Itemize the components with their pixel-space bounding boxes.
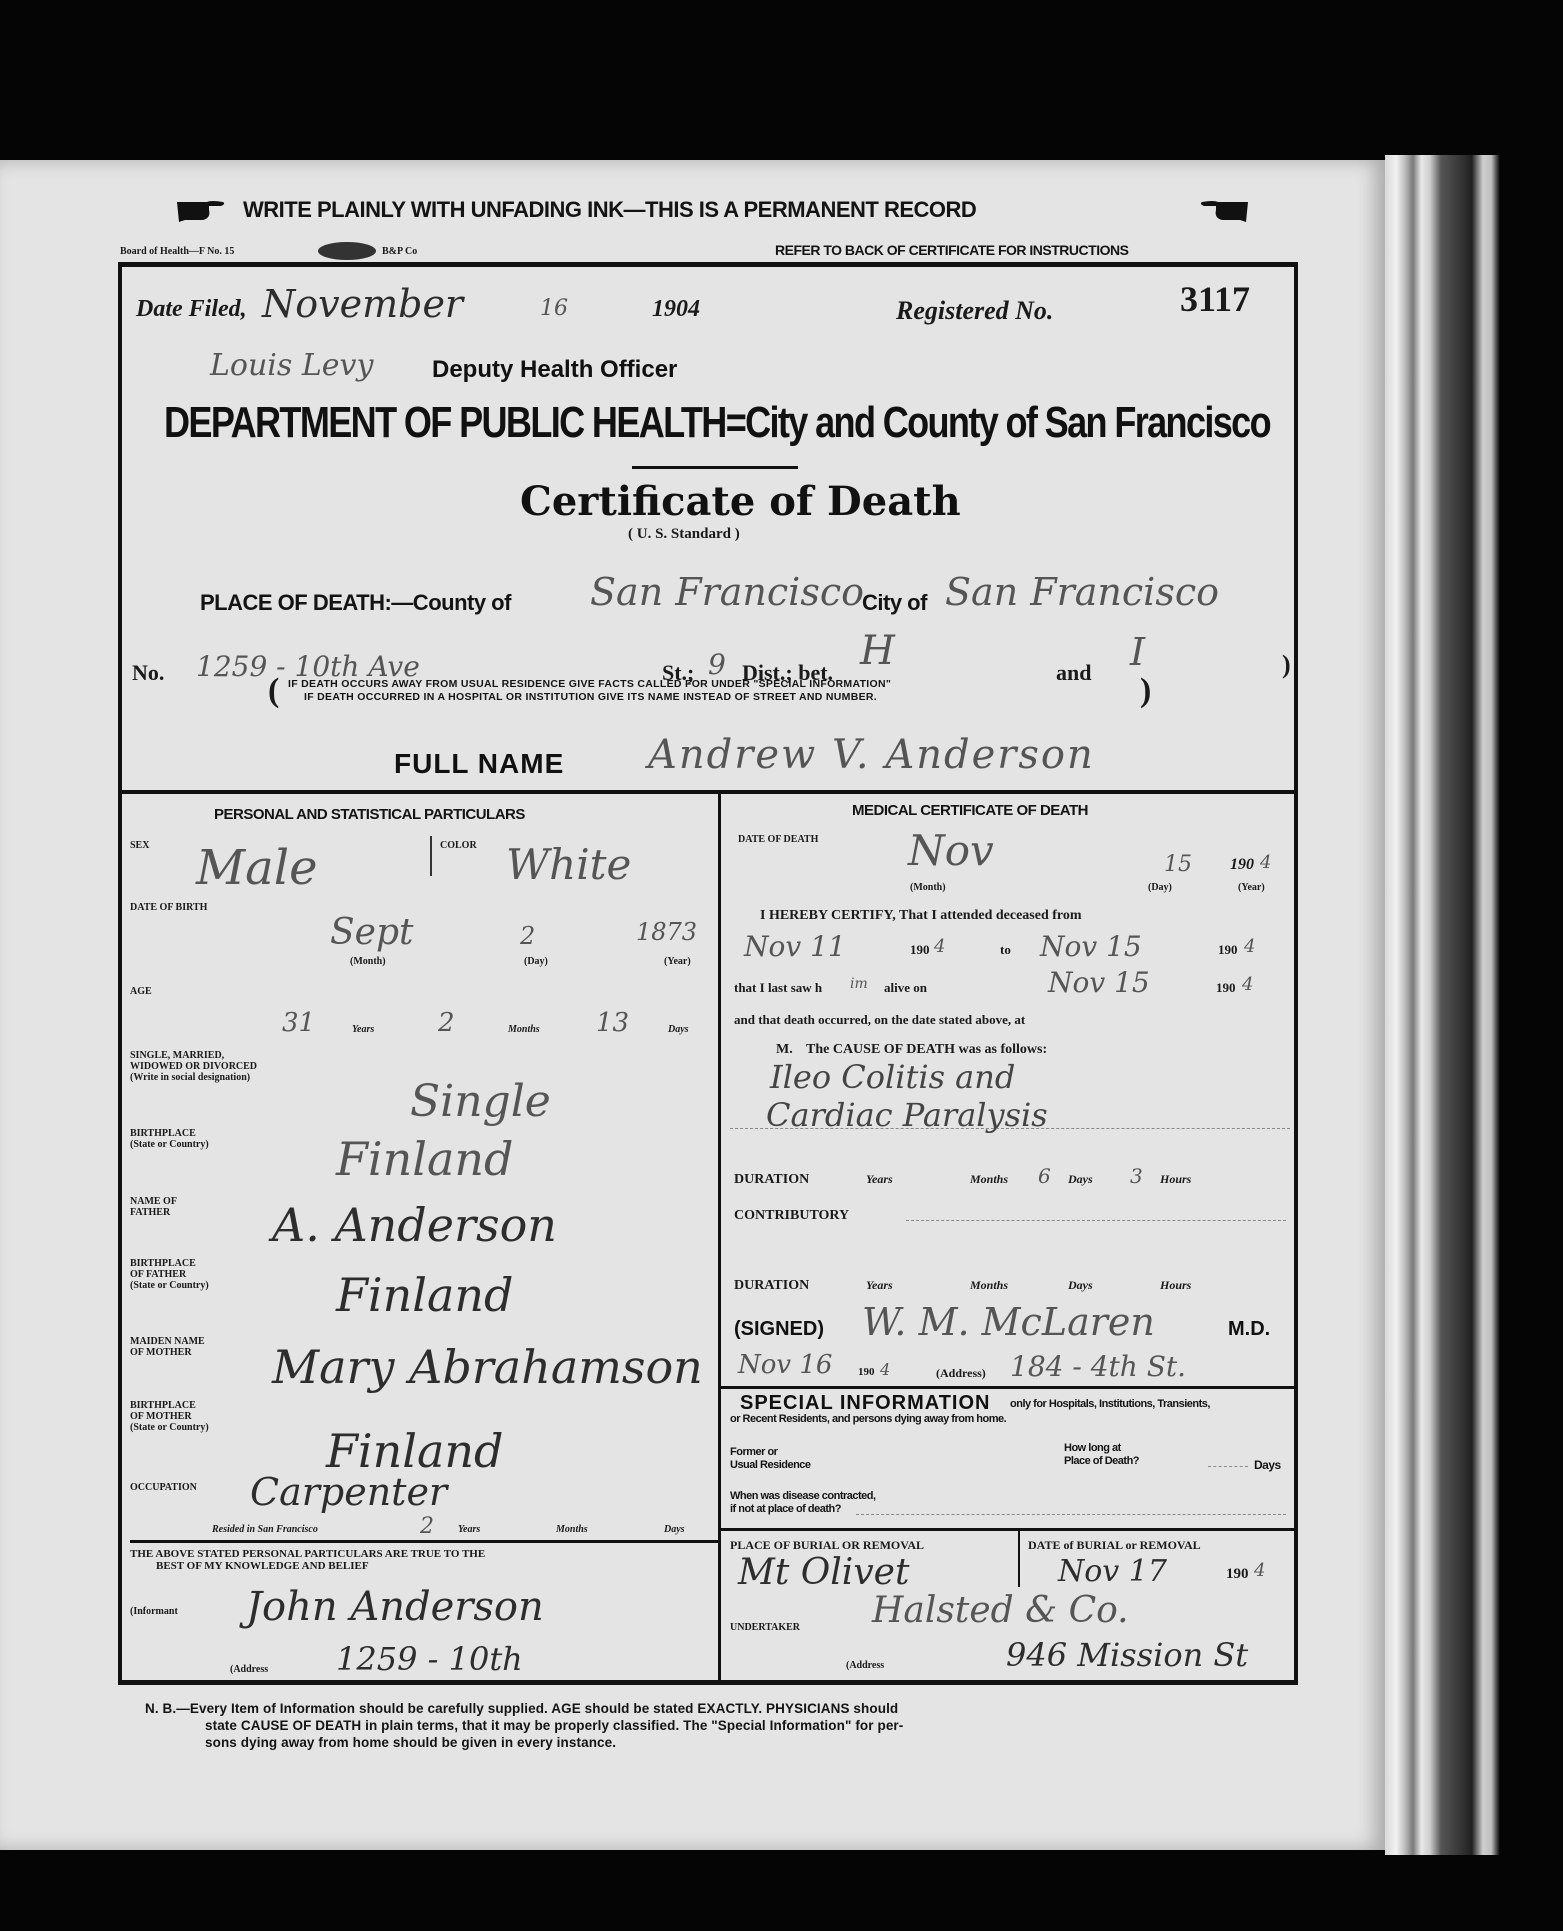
birthplace-label-line-1: BIRTHPLACE: [130, 1128, 209, 1139]
st-value: 9: [708, 648, 726, 681]
mother-name-value: Mary Abrahamson: [272, 1340, 703, 1394]
special-heading: SPECIAL INFORMATION: [740, 1392, 990, 1415]
informant-name: John Anderson: [246, 1584, 544, 1630]
full-name-value: Andrew V. Anderson: [648, 732, 1095, 778]
resided-years-label: Years: [458, 1524, 480, 1535]
father-birthplace-label: BIRTHPLACE OF FATHER (State or Country): [130, 1258, 209, 1291]
sex-color-divider: [430, 836, 432, 876]
section-divider: [122, 790, 1298, 794]
street-no-label: No.: [132, 660, 164, 686]
form-id: Board of Health—F No. 15: [120, 246, 234, 257]
how-long-label-line-2: Place of Death?: [1064, 1455, 1139, 1468]
place-note-line-1: IF DEATH OCCURS AWAY FROM USUAL RESIDENC…: [288, 678, 891, 690]
special-divider: [720, 1386, 1294, 1389]
contributory-line: [906, 1220, 1286, 1221]
date-filed-label: Date Filed,: [136, 296, 247, 323]
last-saw-year: 4: [1242, 974, 1253, 995]
sex-label: SEX: [130, 840, 149, 851]
resided-years: 2: [420, 1514, 434, 1539]
last-saw-label: that I last saw h: [734, 980, 822, 996]
signed-label: (SIGNED): [734, 1318, 824, 1341]
between-street-1: H: [860, 628, 895, 674]
dod-month-caption: (Month): [910, 882, 946, 893]
attended-to-year-prefix: 190: [1218, 942, 1238, 958]
signed-date: Nov 16: [738, 1350, 832, 1380]
date-filed-day: 16: [540, 296, 568, 321]
footnote-line-2: state CAUSE OF DEATH in plain terms, tha…: [145, 1717, 903, 1734]
left-border: [118, 262, 122, 1682]
informant-address-label: (Address: [230, 1664, 268, 1675]
attended-to: Nov 15: [1040, 930, 1142, 963]
mother-birthplace-label: BIRTHPLACE OF MOTHER (State or Country): [130, 1400, 209, 1433]
marital-value: Single: [410, 1076, 551, 1127]
note-close-paren: ): [1140, 672, 1151, 710]
officer-title: Deputy Health Officer: [432, 356, 677, 384]
father-label-line-2: FATHER: [130, 1207, 177, 1218]
last-saw-date: Nov 15: [1048, 966, 1150, 999]
occupation-value: Carpenter: [250, 1470, 447, 1514]
closing-paren: ): [1282, 650, 1291, 680]
duration-years-label-2: Years: [866, 1278, 893, 1293]
burial-date: Nov 17: [1058, 1554, 1167, 1589]
county-value: San Francisco: [590, 570, 864, 614]
pointing-hand-icon-right: [1198, 198, 1250, 229]
occupation-label: OCCUPATION: [130, 1482, 197, 1493]
former-label-line-2: Usual Residence: [730, 1459, 811, 1472]
registered-no-label: Registered No.: [896, 296, 1053, 326]
how-long-label: How long at Place of Death?: [1064, 1442, 1139, 1468]
informant-label: (Informant: [130, 1606, 178, 1617]
special-note-2: or Recent Residents, and persons dying a…: [730, 1413, 1006, 1425]
dod-month: Nov: [908, 826, 994, 875]
how-long-line: [1208, 1466, 1248, 1467]
contracted-label-line-2: if not at place of death?: [730, 1503, 876, 1516]
age-days-label: Days: [668, 1024, 689, 1035]
dob-year-caption: (Year): [664, 956, 691, 967]
duration-days-label-2: Days: [1068, 1278, 1093, 1293]
personal-heading: PERSONAL AND STATISTICAL PARTICULARS: [214, 806, 525, 823]
certificate-subtitle: ( U. S. Standard ): [628, 526, 740, 543]
attended-from-year: 4: [934, 936, 945, 957]
duration-hours-value: 3: [1130, 1164, 1143, 1188]
burial-place: Mt Olivet: [738, 1552, 909, 1593]
department-title: DEPARTMENT OF PUBLIC HEALTH=City and Cou…: [164, 398, 1270, 448]
signed-year: 4: [880, 1360, 890, 1379]
resided-months-label: Months: [556, 1524, 588, 1535]
burial-place-label: PLACE OF BURIAL OR REMOVAL: [730, 1538, 924, 1553]
father-bp-label-line-2: OF FATHER: [130, 1269, 209, 1280]
attended-to-year: 4: [1244, 936, 1255, 957]
physician-signature: W. M. McLaren: [862, 1300, 1155, 1344]
city-value: San Francisco: [945, 570, 1219, 614]
informant-address: 1259 - 10th: [336, 1640, 523, 1678]
attended-from-year-prefix: 190: [910, 942, 930, 958]
informant-statement: THE ABOVE STATED PERSONAL PARTICULARS AR…: [130, 1548, 485, 1572]
dob-day-caption: (Day): [524, 956, 548, 967]
undertaker-label: UNDERTAKER: [730, 1622, 800, 1633]
dob-year: 1873: [636, 918, 697, 946]
physician-address: 184 - 4th St.: [1010, 1350, 1186, 1383]
resided-days-label: Days: [664, 1524, 685, 1535]
duration-label-2: DURATION: [734, 1278, 809, 1294]
title-divider: [632, 466, 798, 469]
dod-label: DATE OF DEATH: [738, 834, 818, 845]
burial-column-divider: [1018, 1531, 1020, 1587]
physician-address-label: (Address): [936, 1366, 986, 1381]
dod-day: 15: [1164, 852, 1192, 877]
sex-value: Male: [196, 840, 318, 896]
registered-no: 3117: [1180, 278, 1250, 320]
last-saw-him: im: [850, 976, 868, 992]
printer-mark: B&P Co: [382, 246, 417, 257]
resided-label: Resided in San Francisco: [212, 1524, 318, 1535]
marital-label-line-2: WIDOWED OR DIVORCED: [130, 1061, 257, 1072]
contributory-label: CONTRIBUTORY: [734, 1208, 849, 1224]
marital-label-line-3: (Write in social designation): [130, 1072, 257, 1083]
mother-label-line-2: OF MOTHER: [130, 1347, 205, 1358]
dod-day-caption: (Day): [1148, 882, 1172, 893]
informant-divider: [130, 1540, 718, 1543]
contracted-label-line-1: When was disease contracted,: [730, 1490, 876, 1503]
top-border: [118, 262, 1298, 267]
place-note-line-2: IF DEATH OCCURRED IN A HOSPITAL OR INSTI…: [304, 691, 877, 703]
mother-bp-label-line-2: OF MOTHER: [130, 1411, 209, 1422]
age-years: 31: [282, 1008, 315, 1038]
footnote: N. B.—Every Item of Information should b…: [145, 1700, 903, 1751]
age-label: AGE: [130, 986, 152, 997]
father-label-line-1: NAME OF: [130, 1196, 177, 1207]
informant-statement-line-1: THE ABOVE STATED PERSONAL PARTICULARS AR…: [130, 1548, 485, 1560]
instructions-note: REFER TO BACK OF CERTIFICATE FOR INSTRUC…: [775, 242, 1128, 258]
duration-months-label-2: Months: [970, 1278, 1008, 1293]
duration-months-label-1: Months: [970, 1172, 1008, 1187]
burial-date-label: DATE of BURIAL or REMOVAL: [1028, 1538, 1201, 1553]
special-note-1: only for Hospitals, Institutions, Transi…: [1010, 1398, 1210, 1410]
date-filed-month: November: [262, 282, 463, 326]
father-name-label: NAME OF FATHER: [130, 1196, 177, 1218]
father-bp-label-line-3: (State or Country): [130, 1280, 209, 1291]
father-name-value: A. Anderson: [272, 1198, 557, 1252]
page-stack-edge: [1385, 155, 1525, 1855]
place-of-death-label: PLACE OF DEATH:—County of: [200, 590, 511, 616]
burial-year-prefix: 190: [1226, 1566, 1249, 1583]
mother-name-label: MAIDEN NAME OF MOTHER: [130, 1336, 205, 1358]
birthplace-label: BIRTHPLACE (State or Country): [130, 1128, 209, 1150]
mother-bp-label-line-1: BIRTHPLACE: [130, 1400, 209, 1411]
footnote-line-3: sons dying away from home should be give…: [145, 1734, 903, 1751]
m-label: M.: [776, 1042, 793, 1058]
dob-month-caption: (Month): [350, 956, 386, 967]
and-label: and: [1056, 660, 1091, 686]
pointing-hand-icon-left: [175, 198, 227, 229]
column-divider: [718, 794, 721, 1680]
age-days: 13: [596, 1008, 629, 1038]
duration-days-value: 6: [1038, 1164, 1051, 1188]
special-days-label: Days: [1254, 1458, 1281, 1472]
between-street-2: I: [1130, 630, 1145, 674]
contracted-line: [856, 1514, 1286, 1515]
to-label: to: [1000, 942, 1011, 958]
cause-label: The CAUSE OF DEATH was as follows:: [806, 1042, 1047, 1058]
dod-year-caption: (Year): [1238, 882, 1265, 893]
duration-label-1: DURATION: [734, 1172, 809, 1188]
md-label: M.D.: [1228, 1318, 1270, 1341]
note-open-paren: (: [268, 672, 279, 710]
union-label-seal-icon: [318, 242, 376, 260]
signed-year-prefix: 190: [858, 1366, 875, 1378]
full-name-label: FULL NAME: [394, 748, 564, 780]
duration-hours-label-1: Hours: [1160, 1172, 1191, 1187]
dod-year-suffix: 4: [1260, 852, 1271, 873]
medical-heading: MEDICAL CERTIFICATE OF DEATH: [852, 802, 1088, 819]
alive-on-label: alive on: [884, 980, 927, 996]
duration-hours-label-2: Hours: [1160, 1278, 1191, 1293]
former-label-line-1: Former or: [730, 1446, 811, 1459]
dob-day: 2: [520, 922, 535, 950]
date-filed-year: 1904: [652, 296, 700, 323]
footnote-line-1: N. B.—Every Item of Information should b…: [145, 1700, 903, 1717]
last-saw-year-prefix: 190: [1216, 980, 1236, 996]
duration-days-label-1: Days: [1068, 1172, 1093, 1187]
father-bp-label-line-1: BIRTHPLACE: [130, 1258, 209, 1269]
burial-divider: [720, 1528, 1294, 1531]
undertaker-address-label: (Address: [846, 1660, 884, 1671]
burial-year: 4: [1254, 1560, 1265, 1581]
mother-label-line-1: MAIDEN NAME: [130, 1336, 205, 1347]
age-months-label: Months: [508, 1024, 540, 1035]
informant-statement-line-2: BEST OF MY KNOWLEDGE AND BELIEF: [130, 1560, 485, 1572]
dob-label: DATE OF BIRTH: [130, 902, 207, 913]
bottom-border: [118, 1680, 1298, 1685]
certificate-title: Certificate of Death: [520, 478, 961, 525]
former-residence-label: Former or Usual Residence: [730, 1446, 811, 1472]
dob-month: Sept: [330, 912, 413, 953]
birthplace-value: Finland: [336, 1132, 513, 1186]
age-months: 2: [438, 1008, 455, 1038]
attended-from: Nov 11: [744, 930, 846, 963]
birthplace-label-line-2: (State or Country): [130, 1139, 209, 1150]
officer-signature: Louis Levy: [210, 348, 373, 383]
undertaker-address: 946 Mission St: [1006, 1636, 1248, 1674]
father-birthplace-value: Finland: [336, 1268, 513, 1322]
banner-text: WRITE PLAINLY WITH UNFADING INK—THIS IS …: [243, 197, 976, 223]
how-long-label-line-1: How long at: [1064, 1442, 1139, 1455]
right-border: [1294, 262, 1298, 1682]
marital-label-line-1: SINGLE, MARRIED,: [130, 1050, 257, 1061]
marital-label: SINGLE, MARRIED, WIDOWED OR DIVORCED (Wr…: [130, 1050, 257, 1083]
occurred-text: and that death occurred, on the date sta…: [734, 1012, 1025, 1028]
dod-year-prefix: 190: [1230, 856, 1254, 874]
duration-years-label-1: Years: [866, 1172, 893, 1187]
mother-bp-label-line-3: (State or Country): [130, 1422, 209, 1433]
color-label: COLOR: [440, 840, 477, 851]
cause-line-1: Ileo Colitis and: [770, 1058, 1015, 1096]
age-years-label: Years: [352, 1024, 374, 1035]
certify-text: I HEREBY CERTIFY, That I attended deceas…: [760, 908, 1082, 924]
undertaker-name: Halsted & Co.: [872, 1590, 1129, 1631]
cause-underline: [730, 1128, 1290, 1129]
city-label: City of: [862, 590, 927, 616]
color-value: White: [506, 840, 631, 889]
contracted-label: When was disease contracted, if not at p…: [730, 1490, 876, 1516]
